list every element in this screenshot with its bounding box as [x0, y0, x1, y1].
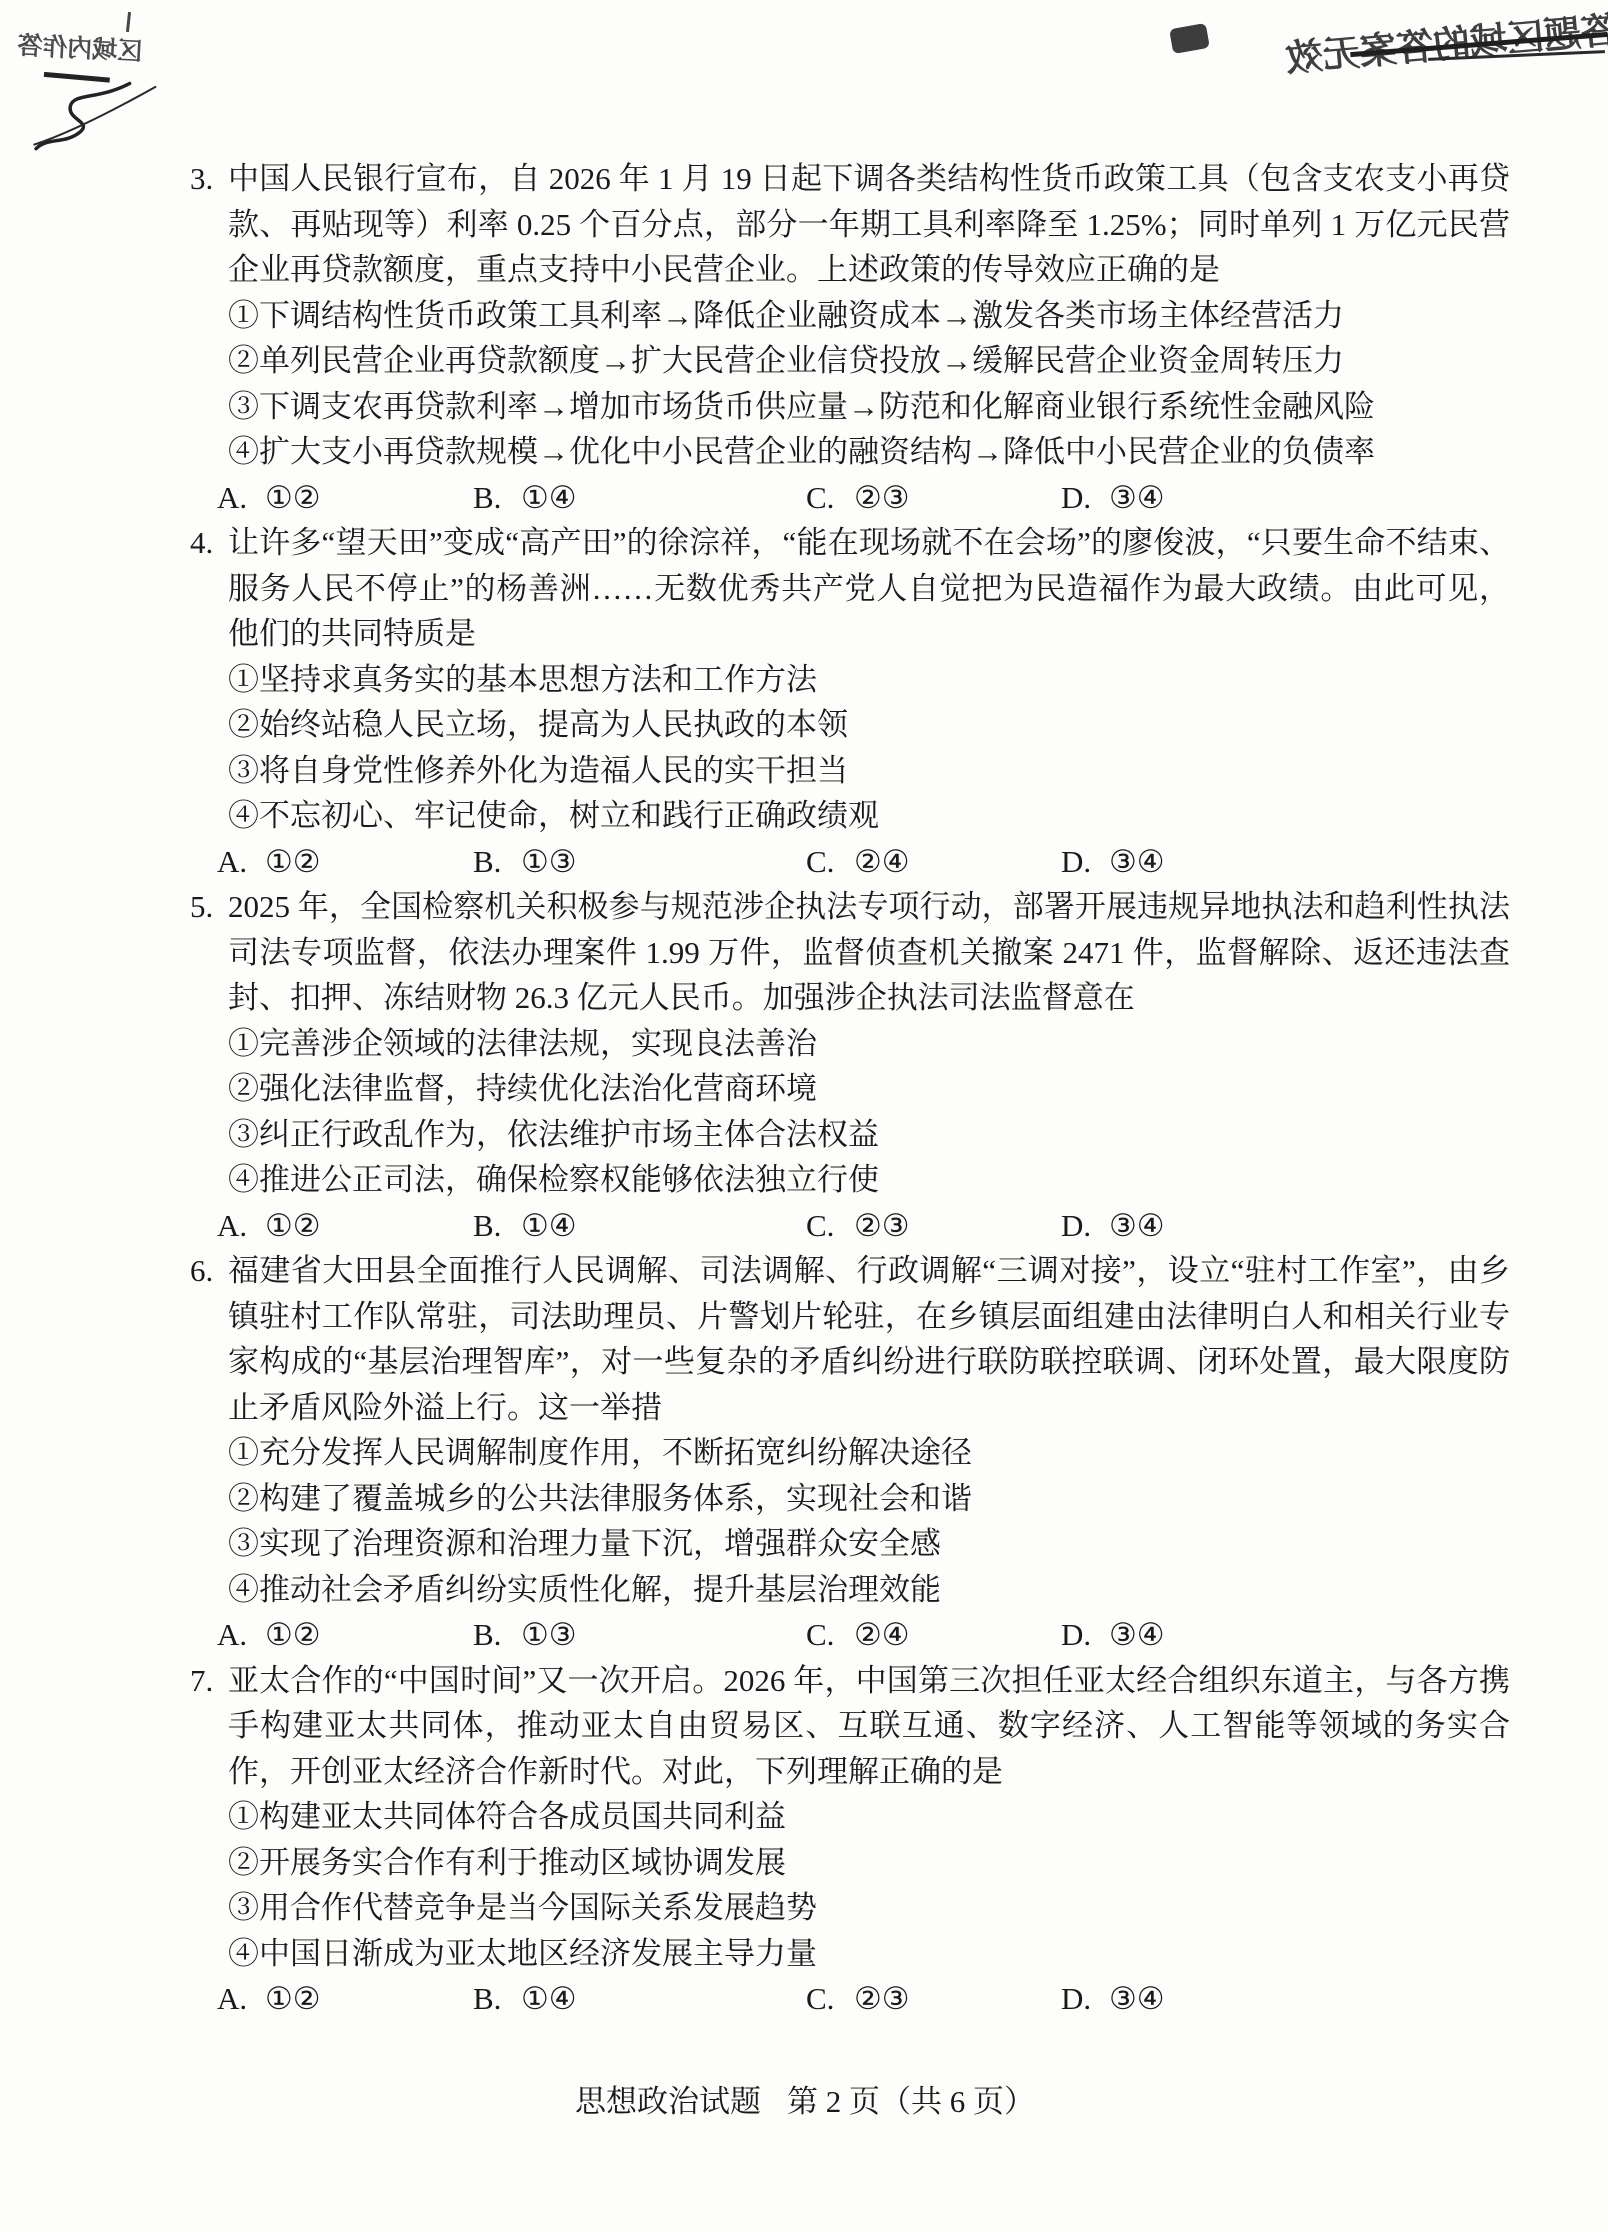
question-stem-text: 中国人民银行宣布，自 2026 年 1 月 19 日起下调各类结构性货币政策工具… [228, 161, 1510, 287]
statement-4: ④中国日渐成为亚太地区经济发展主导力量 [228, 1931, 1510, 1977]
exam-page-scan: 区域内作答 是，超出答题区域的答案无效 3.中国人民银行宣布，自 2026 年 … [0, 0, 1608, 2232]
footer-page-info: 第 2 页（共 6 页） [787, 2084, 1035, 2119]
statement-1: ①构建亚太共同体符合各成员国共同利益 [228, 1794, 1510, 1840]
statement-3: ③将自身党性修养外化为造福人民的实干担当 [228, 748, 1510, 794]
option-a: A.①② [217, 1976, 321, 2022]
option-b: B.①④ [473, 1203, 577, 1249]
option-b: B.①④ [473, 475, 577, 521]
mirrored-bleed-text-left: 区域内作答 [17, 26, 144, 68]
footer-doc-title: 思想政治试题 [575, 2084, 761, 2119]
question-3: 3.中国人民银行宣布，自 2026 年 1 月 19 日起下调各类结构性货币政策… [228, 156, 1510, 520]
question-number: 7. [190, 1658, 226, 1704]
options-row: A.①② B.①④ C.②③ D.③④ [228, 1203, 1510, 1249]
question-stem-text: 亚太合作的“中国时间”又一次开启。2026 年，中国第三次担任亚太经合组织东道主… [228, 1663, 1510, 1789]
option-c: C.②④ [806, 839, 910, 885]
option-b: B.①③ [473, 839, 577, 885]
bleed-through-top-left: 区域内作答 [14, 26, 188, 125]
option-a: A.①② [217, 839, 321, 885]
option-d: D.③④ [1061, 475, 1165, 521]
option-d: D.③④ [1061, 1203, 1165, 1249]
question-stem: 7.亚太合作的“中国时间”又一次开启。2026 年，中国第三次担任亚太经合组织东… [228, 1658, 1510, 1795]
option-a: A.①② [217, 475, 321, 521]
statement-1: ①充分发挥人民调解制度作用，不断拓宽纠纷解决途径 [228, 1430, 1510, 1476]
option-d: D.③④ [1061, 1612, 1165, 1658]
option-d: D.③④ [1061, 839, 1165, 885]
statement-3: ③用合作代替竞争是当今国际关系发展趋势 [228, 1885, 1510, 1931]
question-number: 6. [190, 1248, 226, 1294]
statement-3: ③纠正行政乱作为，依法维护市场主体合法权益 [228, 1112, 1510, 1158]
statement-2: ②单列民营企业再贷款额度→扩大民营企业信贷投放→缓解民营企业资金周转压力 [228, 338, 1510, 384]
exam-content: 3.中国人民银行宣布，自 2026 年 1 月 19 日起下调各类结构性货币政策… [228, 156, 1510, 2022]
question-5: 5.2025 年，全国检察机关积极参与规范涉企执法专项行动，部署开展违规异地执法… [228, 884, 1510, 1248]
question-6: 6.福建省大田县全面推行人民调解、司法调解、行政调解“三调对接”，设立“驻村工作… [228, 1248, 1510, 1658]
mirrored-bleed-text-right: 是，超出答题区域的答案无效 [1283, 0, 1608, 82]
question-stem: 6.福建省大田县全面推行人民调解、司法调解、行政调解“三调对接”，设立“驻村工作… [228, 1248, 1510, 1430]
statement-1: ①完善涉企领域的法律法规，实现良法善治 [228, 1021, 1510, 1067]
options-row: A.①② B.①④ C.②③ D.③④ [228, 475, 1510, 521]
question-stem: 5.2025 年，全国检察机关积极参与规范涉企执法专项行动，部署开展违规异地执法… [228, 884, 1510, 1021]
option-c: C.②④ [806, 1612, 910, 1658]
statement-4: ④不忘初心、牢记使命，树立和践行正确政绩观 [228, 793, 1510, 839]
statement-2: ②构建了覆盖城乡的公共法律服务体系，实现社会和谐 [228, 1476, 1510, 1522]
question-stem-text: 福建省大田县全面推行人民调解、司法调解、行政调解“三调对接”，设立“驻村工作室”… [228, 1253, 1510, 1425]
statement-1: ①坚持求真务实的基本思想方法和工作方法 [228, 657, 1510, 703]
page-footer: 思想政治试题第 2 页（共 6 页） [575, 2076, 1035, 2121]
question-stem-text: 2025 年，全国检察机关积极参与规范涉企执法专项行动，部署开展违规异地执法和趋… [228, 889, 1510, 1015]
question-stem-text: 让许多“望天田”变成“高产田”的徐淙祥，“能在现场就不在会场”的廖俊波，“只要生… [228, 525, 1510, 651]
option-b: B.①④ [473, 1976, 577, 2022]
option-c: C.②③ [806, 475, 910, 521]
statement-4: ④推进公正司法，确保检察权能够依法独立行使 [228, 1157, 1510, 1203]
options-row: A.①② B.①③ C.②④ D.③④ [228, 1612, 1510, 1658]
option-a: A.①② [217, 1203, 321, 1249]
option-c: C.②③ [806, 1976, 910, 2022]
option-a: A.①② [217, 1612, 321, 1658]
statement-2: ②始终站稳人民立场，提高为人民执政的本领 [228, 702, 1510, 748]
option-c: C.②③ [806, 1203, 910, 1249]
option-d: D.③④ [1061, 1976, 1165, 2022]
statement-1: ①下调结构性货币政策工具利率→降低企业融资成本→激发各类市场主体经营活力 [228, 293, 1510, 339]
question-number: 5. [190, 884, 226, 930]
question-stem: 4.让许多“望天田”变成“高产田”的徐淙祥，“能在现场就不在会场”的廖俊波，“只… [228, 520, 1510, 657]
question-number: 4. [190, 520, 226, 566]
question-4: 4.让许多“望天田”变成“高产田”的徐淙祥，“能在现场就不在会场”的廖俊波，“只… [228, 520, 1510, 884]
question-7: 7.亚太合作的“中国时间”又一次开启。2026 年，中国第三次担任亚太经合组织东… [228, 1658, 1510, 2022]
options-row: A.①② B.①③ C.②④ D.③④ [228, 839, 1510, 885]
statement-2: ②开展务实合作有利于推动区域协调发展 [228, 1840, 1510, 1886]
ink-blob [1169, 23, 1210, 54]
stray-scan-mark [126, 12, 131, 32]
handwriting-squiggle [30, 74, 164, 164]
statement-2: ②强化法律监督，持续优化法治化营商环境 [228, 1066, 1510, 1112]
statement-3: ③实现了治理资源和治理力量下沉，增强群众安全感 [228, 1521, 1510, 1567]
statement-4: ④推动社会矛盾纠纷实质性化解，提升基层治理效能 [228, 1567, 1510, 1613]
statement-4: ④扩大支小再贷款规模→优化中小民营企业的融资结构→降低中小民营企业的负债率 [228, 429, 1510, 475]
option-b: B.①③ [473, 1612, 577, 1658]
question-stem: 3.中国人民银行宣布，自 2026 年 1 月 19 日起下调各类结构性货币政策… [228, 156, 1510, 293]
question-number: 3. [190, 156, 226, 202]
statement-3: ③下调支农再贷款利率→增加市场货币供应量→防范和化解商业银行系统性金融风险 [228, 384, 1510, 430]
options-row: A.①② B.①④ C.②③ D.③④ [228, 1976, 1510, 2022]
